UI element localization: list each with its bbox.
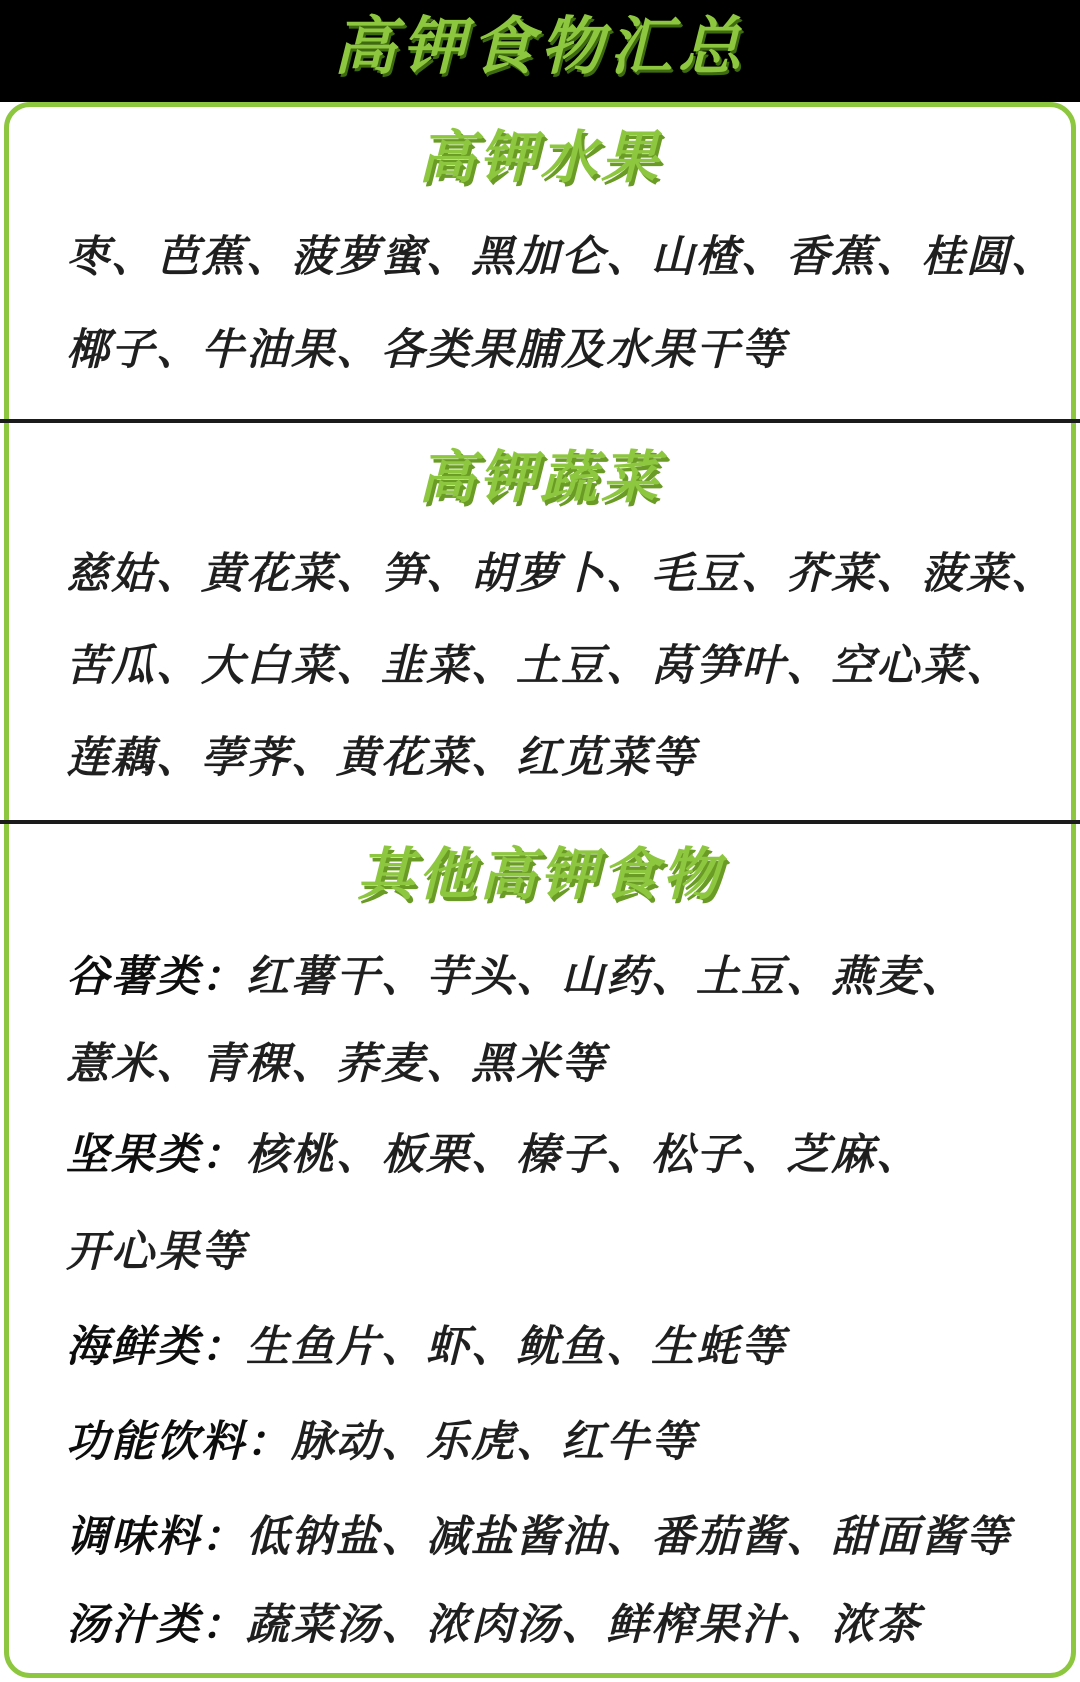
others-line: 汤汁类：蔬菜汤、浓肉汤、鲜榨果汁、浓茶 xyxy=(66,1601,1026,1650)
section-title-fruits: 高钾水果 xyxy=(0,130,1080,187)
category-items: 开心果等 xyxy=(66,1228,246,1276)
category-label: 海鲜类： xyxy=(66,1323,246,1371)
page-title: 高钾食物汇总 xyxy=(333,16,747,87)
section-title-vegetables: 高钾蔬菜 xyxy=(0,450,1080,507)
category-items: 薏米、青稞、荞麦、黑米等 xyxy=(66,1040,606,1088)
section-title-others: 其他高钾食物 xyxy=(0,847,1080,904)
category-label: 坚果类： xyxy=(66,1131,246,1179)
vegetables-line: 慈姑、黄花菜、笋、胡萝卜、毛豆、芥菜、菠菜、 xyxy=(66,550,1026,599)
vegetables-line: 莲藕、荸荠、黄花菜、红苋菜等 xyxy=(66,734,1026,783)
section-divider xyxy=(0,419,1080,423)
category-items: 生鱼片、虾、鱿鱼、生蚝等 xyxy=(246,1323,786,1371)
category-label: 汤汁类： xyxy=(66,1601,246,1649)
header-band: 高钾食物汇总 xyxy=(0,0,1080,102)
category-items: 低钠盐、减盐酱油、番茄酱、甜面酱等 xyxy=(246,1513,1011,1561)
others-line: 薏米、青稞、荞麦、黑米等 xyxy=(66,1040,1026,1089)
others-line: 开心果等 xyxy=(66,1228,1026,1277)
category-items: 核桃、板栗、榛子、松子、芝麻、 xyxy=(246,1131,921,1179)
fruits-line: 椰子、牛油果、各类果脯及水果干等 xyxy=(66,326,1026,375)
infographic-page: 高钾食物汇总 高钾水果 枣、芭蕉、菠萝蜜、黑加仑、山楂、香蕉、桂圆、 椰子、牛油… xyxy=(0,0,1080,1682)
category-label: 调味料： xyxy=(66,1513,246,1561)
vegetables-line: 苦瓜、大白菜、韭菜、土豆、莴笋叶、空心菜、 xyxy=(66,642,1026,691)
category-items: 脉动、乐虎、红牛等 xyxy=(291,1418,696,1466)
category-label: 谷薯类： xyxy=(66,953,246,1001)
category-label: 功能饮料： xyxy=(66,1418,291,1466)
others-line: 调味料：低钠盐、减盐酱油、番茄酱、甜面酱等 xyxy=(66,1513,1026,1562)
fruits-line: 枣、芭蕉、菠萝蜜、黑加仑、山楂、香蕉、桂圆、 xyxy=(66,233,1026,282)
others-line: 谷薯类：红薯干、芋头、山药、土豆、燕麦、 xyxy=(66,953,1026,1002)
others-line: 海鲜类：生鱼片、虾、鱿鱼、生蚝等 xyxy=(66,1323,1026,1372)
category-items: 蔬菜汤、浓肉汤、鲜榨果汁、浓茶 xyxy=(246,1601,921,1649)
category-items: 红薯干、芋头、山药、土豆、燕麦、 xyxy=(246,953,966,1001)
section-divider xyxy=(0,820,1080,824)
others-line: 功能饮料：脉动、乐虎、红牛等 xyxy=(66,1418,1026,1467)
others-line: 坚果类：核桃、板栗、榛子、松子、芝麻、 xyxy=(66,1131,1026,1180)
